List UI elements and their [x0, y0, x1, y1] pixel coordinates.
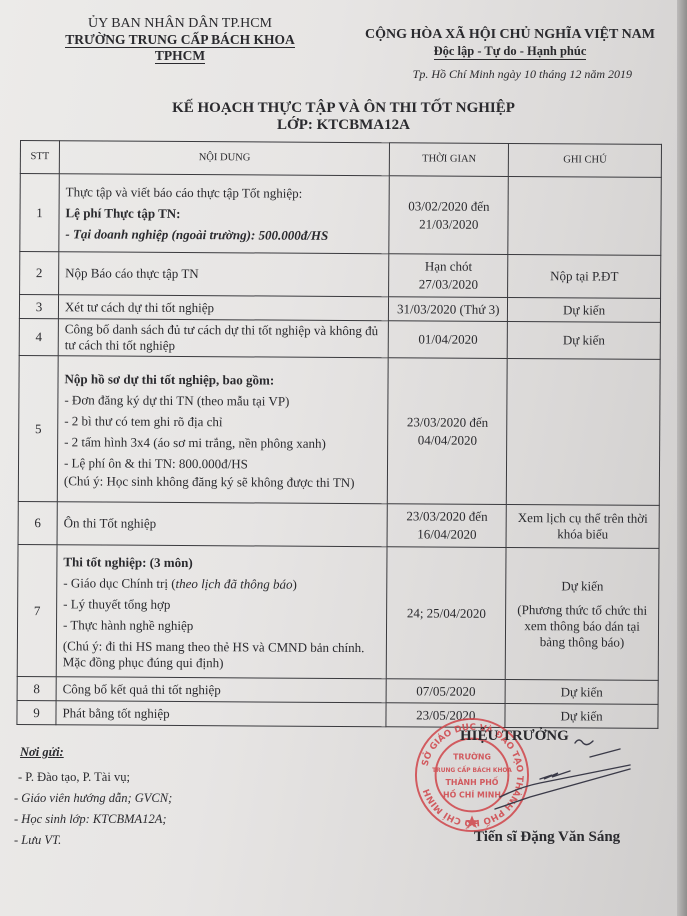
document-title: KẾ HOẠCH THỰC TẬP VÀ ÔN THI TỐT NGHIỆP: [0, 100, 687, 117]
table-row: 9 Phát bằng tốt nghiệp 23/05/2020 Dự kiế…: [17, 700, 658, 728]
row-content: Phát bằng tốt nghiệp: [56, 701, 387, 727]
row-number: 9: [17, 700, 56, 724]
col-stt: STT: [20, 141, 59, 174]
row-content: Ôn thi Tốt nghiệp: [57, 502, 388, 547]
table-header-row: STT NỘI DUNG THỜI GIAN GHI CHÚ: [20, 141, 661, 178]
row-number: 7: [17, 544, 57, 676]
signer-name: Tiến sĩ Đặng Văn Sáng: [474, 829, 620, 846]
recipients-block: Nơi gửi: - P. Đào tạo, P. Tài vụ; - Giáo…: [14, 742, 172, 851]
row-content: Thi tốt nghiệp: (3 môn) - Giáo dục Chính…: [56, 545, 387, 679]
row-number: 5: [18, 355, 58, 501]
row-content: Thực tập và viết báo cáo thực tập Tốt ng…: [59, 174, 390, 254]
row-note: Dự kiến: [508, 297, 661, 322]
row-number: 2: [20, 252, 59, 295]
row-number: 6: [18, 501, 57, 544]
col-content: NỘI DUNG: [59, 141, 390, 176]
country-name: CỘNG HÒA XÃ HỘI CHỦ NGHĨA VIỆT NAM: [360, 26, 660, 43]
row-note: Dự kiến: [505, 679, 658, 704]
handwritten-signature-icon: [480, 735, 660, 815]
org-name: TRƯỜNG TRUNG CẤP BÁCH KHOA TPHCM: [40, 32, 320, 64]
table-row: 5 Nộp hồ sơ dự thi tốt nghiệp, bao gồm: …: [18, 355, 660, 505]
col-time: THỜI GIAN: [390, 143, 509, 177]
row-content: Công bố danh sách đủ tư cách dự thi tốt …: [58, 319, 389, 358]
row-content: Công bố kết quả thi tốt nghiệp: [56, 677, 387, 703]
row-content: Nộp hồ sơ dự thi tốt nghiệp, bao gồm: - …: [57, 356, 388, 504]
table-row: 1 Thực tập và viết báo cáo thực tập Tốt …: [20, 174, 661, 256]
table-row: 4 Công bố danh sách đủ tư cách dự thi tố…: [19, 318, 660, 359]
row-number: 8: [17, 676, 56, 700]
document-date: Tp. Hồ Chí Minh ngày 10 tháng 12 năm 201…: [360, 67, 632, 82]
row-content: Nộp Báo cáo thực tập TN: [59, 252, 390, 297]
recipient-item: - P. Đào tạo, P. Tài vụ;: [18, 767, 172, 788]
row-note: Nộp tại P.ĐT: [508, 254, 661, 298]
recipients-heading: Nơi gửi:: [20, 742, 172, 763]
row-time: 23/03/2020 đến 04/04/2020: [388, 358, 508, 505]
plan-table: STT NỘI DUNG THỜI GIAN GHI CHÚ 1 Thực tậ…: [16, 140, 662, 729]
row-number: 1: [20, 174, 59, 252]
table-row: 6 Ôn thi Tốt nghiệp 23/03/2020 đến 16/04…: [18, 501, 659, 548]
row-time: 01/04/2020: [389, 321, 508, 359]
recipient-item: - Lưu VT.: [14, 830, 172, 851]
national-motto: Độc lập - Tự do - Hạnh phúc: [360, 43, 660, 60]
national-header: CỘNG HÒA XÃ HỘI CHỦ NGHĨA VIỆT NAM Độc l…: [360, 26, 660, 60]
recipient-item: - Giáo viên hướng dẫn; GVCN;: [14, 788, 172, 809]
row-note: [508, 176, 661, 255]
row-number: 3: [19, 295, 58, 319]
row-time: 23/03/2020 đến 16/04/2020: [387, 504, 506, 548]
table-row: 7 Thi tốt nghiệp: (3 môn) - Giáo dục Chí…: [17, 544, 659, 680]
paper-edge-shadow: [677, 0, 687, 916]
row-time: Hạn chót 27/03/2020: [389, 254, 508, 298]
org-parent: ỦY BAN NHÂN DÂN TP.HCM: [40, 16, 320, 32]
class-title: LỚP: KTCBMA12A: [0, 117, 687, 134]
row-number: 4: [19, 318, 58, 355]
recipient-item: - Học sinh lớp: KTCBMA12A;: [14, 809, 172, 830]
col-note: GHI CHÚ: [509, 143, 662, 177]
table-row: 2 Nộp Báo cáo thực tập TN Hạn chót 27/03…: [20, 252, 661, 299]
row-note: Xem lịch cụ thể trên thời khóa biểu: [506, 504, 659, 548]
row-time: 31/03/2020 (Thứ 3): [389, 297, 508, 322]
row-time: 24; 25/04/2020: [387, 547, 507, 680]
row-note: [507, 358, 661, 505]
row-content: Xét tư cách dự thi tốt nghiệp: [58, 295, 389, 321]
org-header: ỦY BAN NHÂN DÂN TP.HCM TRƯỜNG TRUNG CẤP …: [40, 16, 320, 64]
row-note: Dự kiến: [507, 321, 660, 359]
row-time: 03/02/2020 đến 21/03/2020: [389, 176, 508, 255]
row-note: Dự kiến (Phương thức tổ chức thi xem thô…: [505, 547, 659, 680]
row-time: 07/05/2020: [386, 679, 505, 704]
